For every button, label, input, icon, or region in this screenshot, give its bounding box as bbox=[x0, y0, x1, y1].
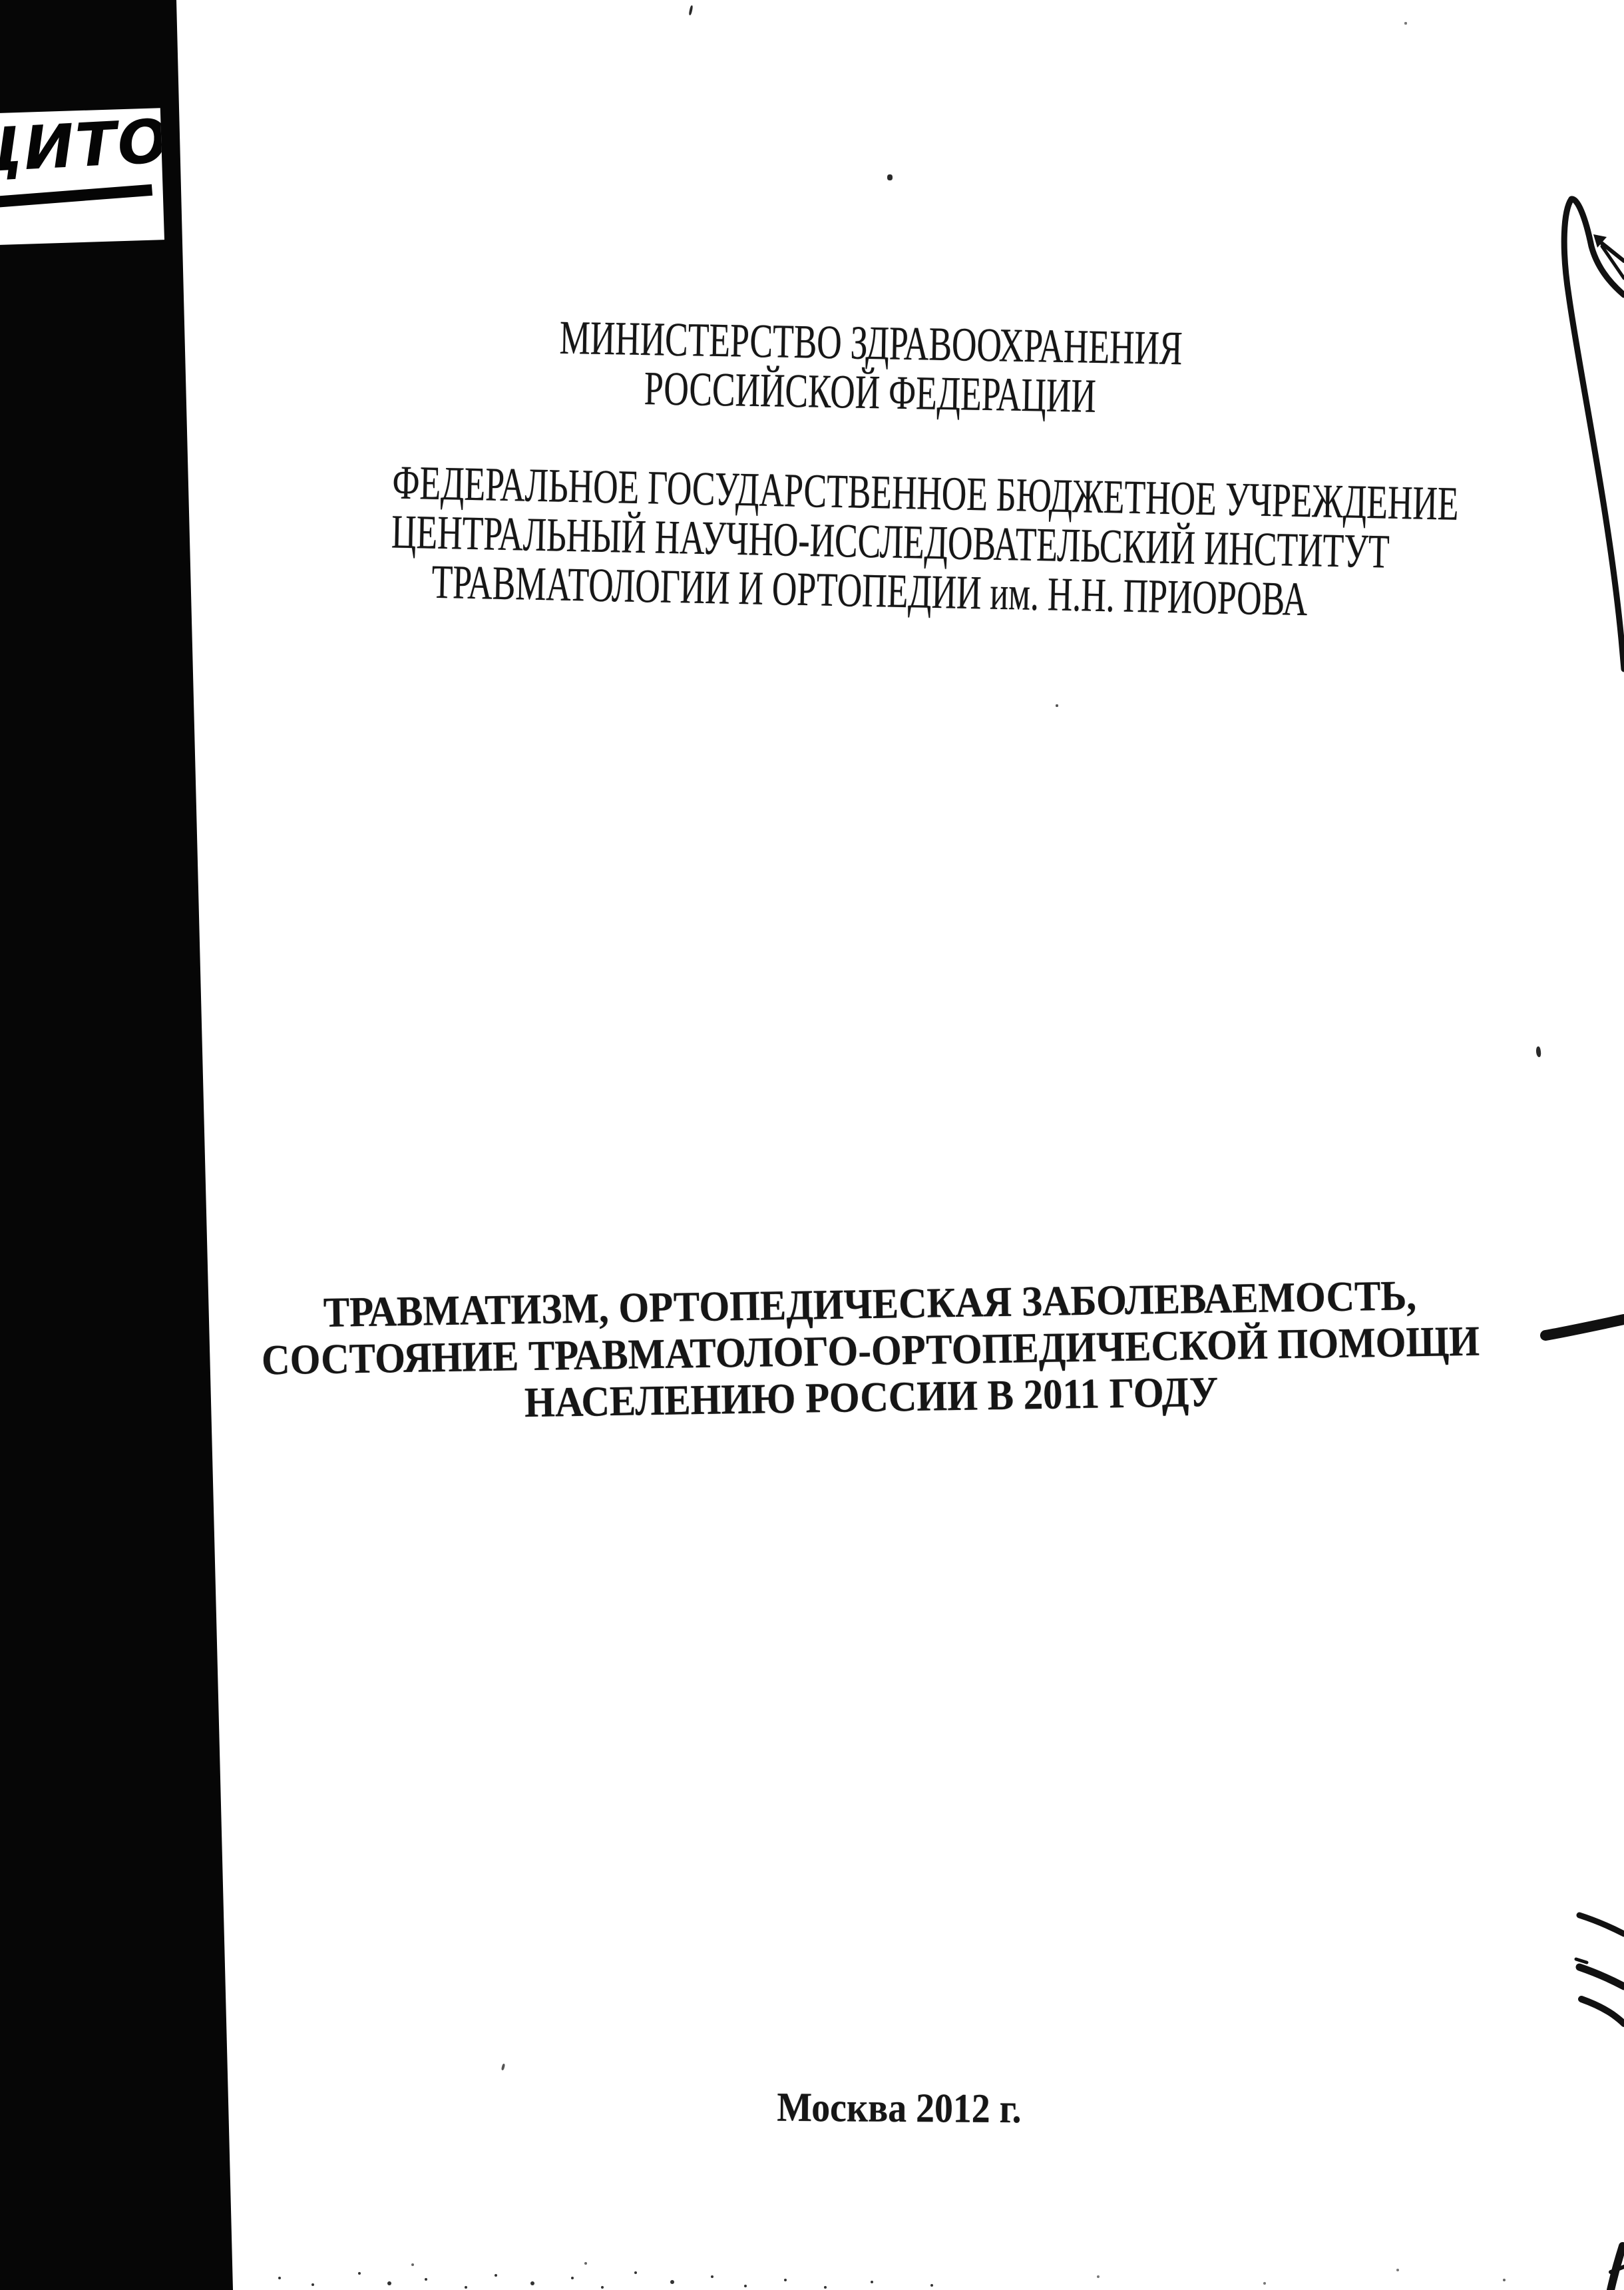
scan-speck bbox=[887, 174, 893, 180]
scan-noise bbox=[278, 2262, 1506, 2289]
scan-speck bbox=[1056, 704, 1058, 707]
scanned-title-page: ЦИТО МИНИСТЕРСТВО ЗДРАВООХРАНЕНИЯ РОССИЙ… bbox=[0, 0, 1624, 2290]
handwritten-strokes bbox=[0, 0, 1624, 2290]
scan-speck bbox=[1404, 22, 1407, 25]
